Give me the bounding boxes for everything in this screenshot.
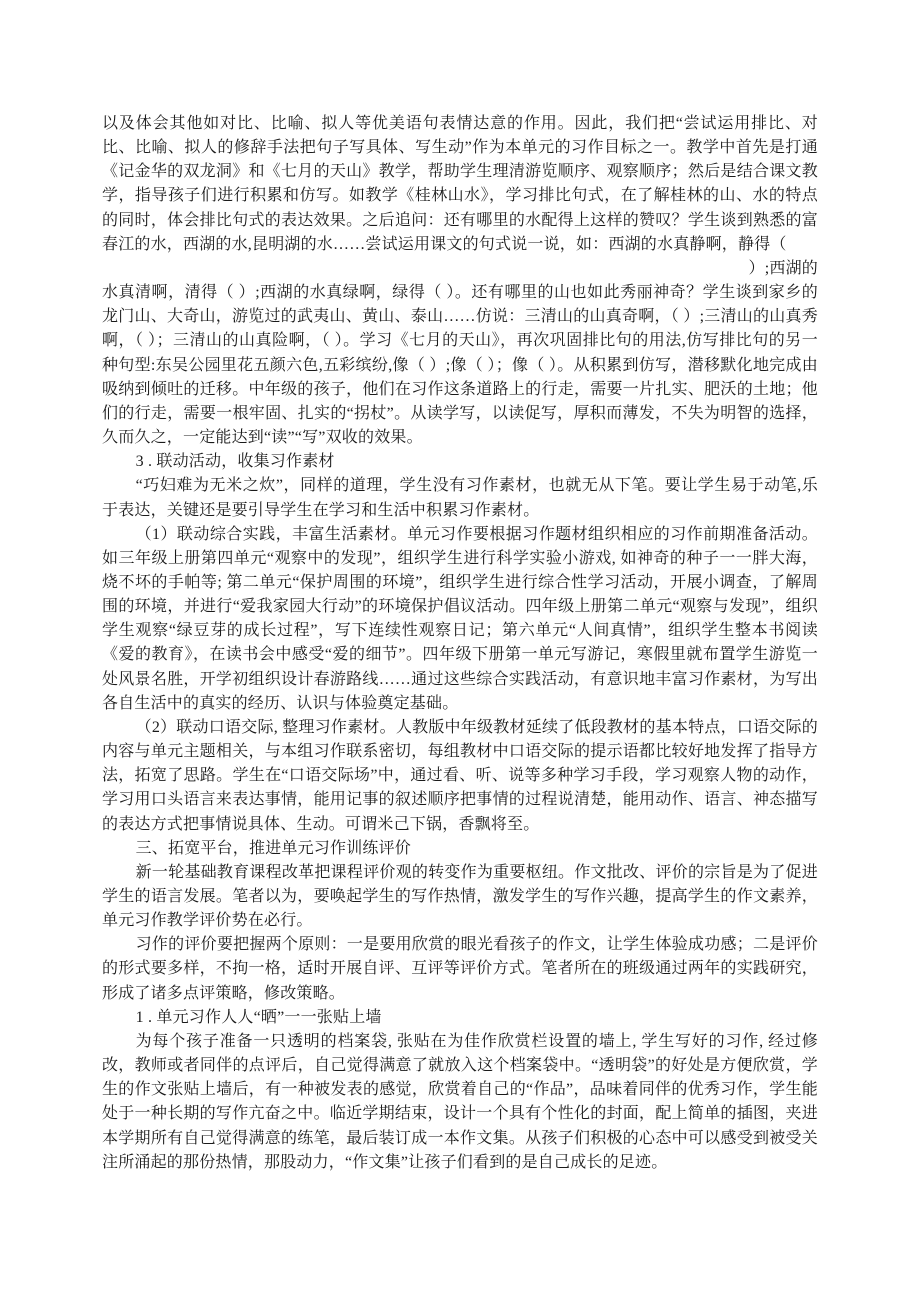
heading-3-linked-activities: 3 . 联动活动，收集习作素材 [102, 450, 818, 474]
paragraph-2-oral-communication: （2）联动口语交际, 整理习作素材。人教版中年级教材延续了低段教材的基本特点，口… [102, 716, 818, 837]
paragraph-1-comprehensive-practice: （1）联动综合实践，丰富生活素材。单元习作要根据习作题材组织相应的习作前期准备活… [102, 523, 818, 716]
paragraph-sentence-imitation: 水真清啊，清得（ ）;西湖的水真绿啊，绿得（ ）。还有哪里的山也如此秀丽神奇？学… [102, 281, 818, 450]
paragraph-curriculum-reform: 新一轮基础教育课程改革把课程评价观的转变作为重要枢纽。作文批改、评价的宗旨是为了… [102, 861, 818, 933]
paragraph-archive-bag: 为每个孩子准备一只透明的档案袋, 张贴在为佳作欣赏栏设置的墙上, 学生写好的习作… [102, 1030, 818, 1175]
paragraph-evaluation-principles: 习作的评价要把握两个原则：一是要用欣赏的眼光看孩子的作文，让学生体验成功感；二是… [102, 933, 818, 1005]
heading-1-post-on-wall: 1 . 单元习作人人“晒”一一张贴上墙 [102, 1006, 818, 1030]
document-text-block: 以及体会其他如对比、比喻、拟人等优美语句表情达意的作用。因此，我们把“尝试运用排… [102, 112, 818, 1175]
paragraph-continued-rhetoric: 以及体会其他如对比、比喻、拟人等优美语句表情达意的作用。因此，我们把“尝试运用排… [102, 112, 818, 257]
heading-three-expand-platform: 三、拓宽平台，推进单元习作训练评价 [102, 837, 818, 861]
document-page: 以及体会其他如对比、比喻、拟人等优美语句表情达意的作用。因此，我们把“尝试运用排… [0, 0, 920, 1301]
paragraph-no-rice-no-meal: “巧妇难为无米之炊”，同样的道理，学生没有习作素材，也就无从下笔。要让学生易于动… [102, 474, 818, 522]
wrapped-line-right: ）;西湖的 [102, 257, 818, 281]
